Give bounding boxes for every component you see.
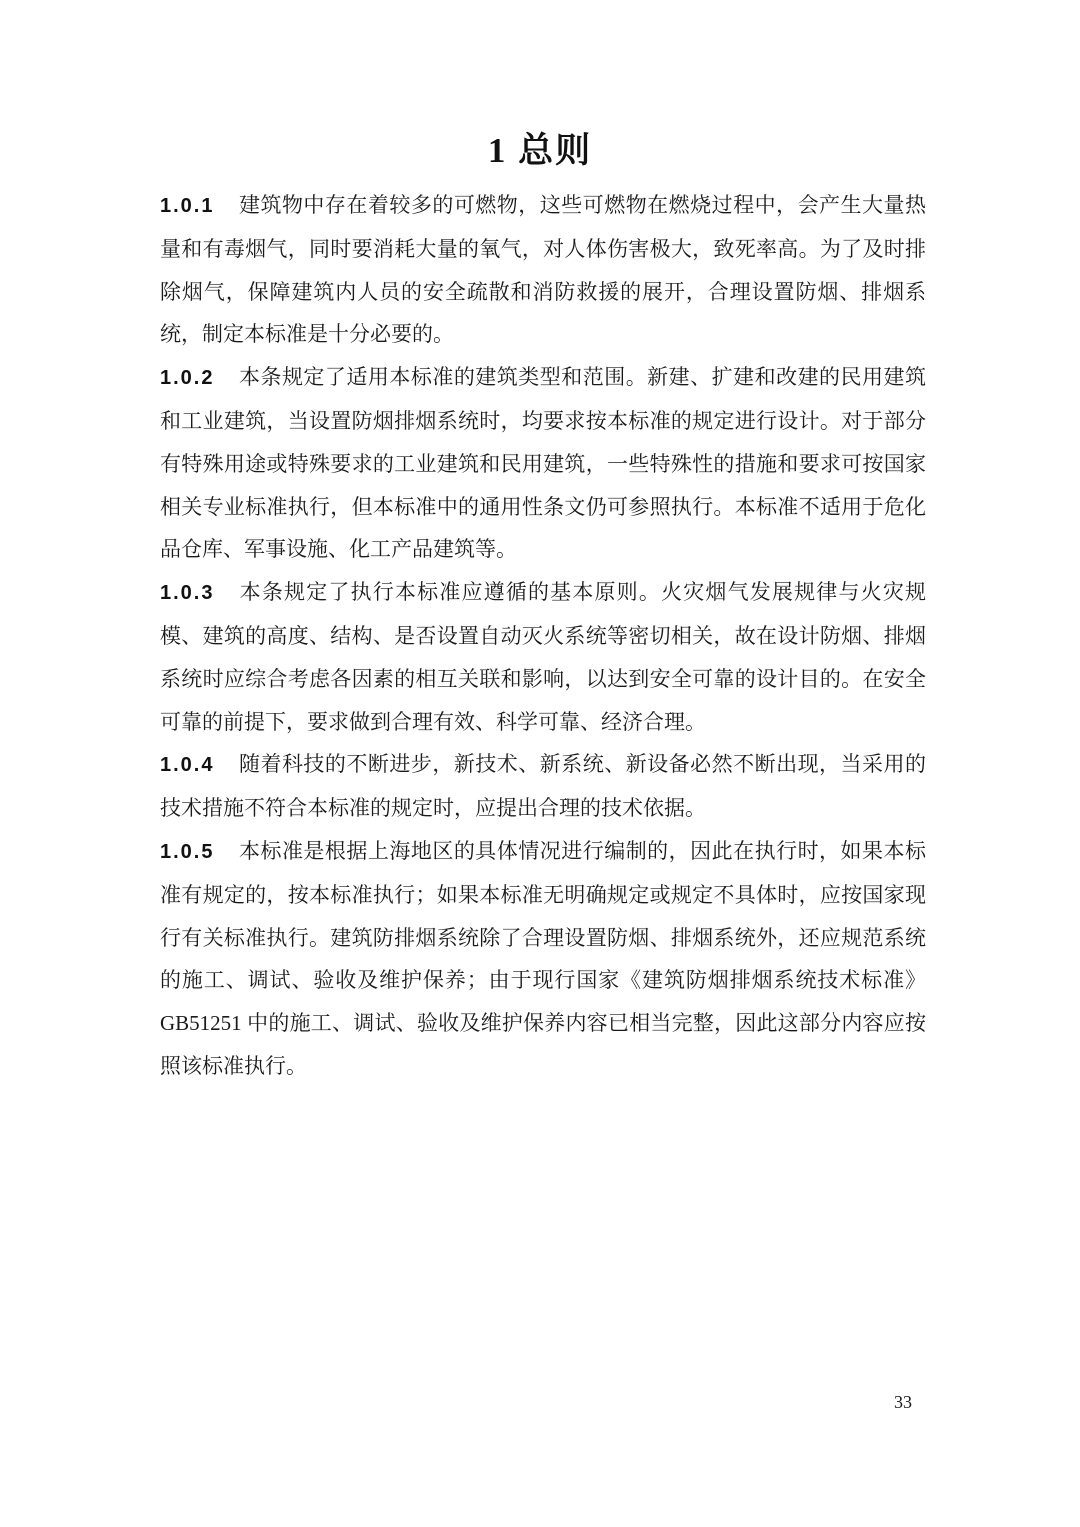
clause-text: 随着科技的不断进步，新技术、新系统、新设备必然不断出现，当采用的技术措施不符合本…: [160, 752, 926, 820]
page-title: 1 总则: [0, 0, 1080, 172]
clause-1-0-2: 1.0.2本条规定了适用本标准的建筑类型和范围。新建、扩建和改建的民用建筑和工业…: [160, 356, 926, 571]
clause-number: 1.0.4: [160, 754, 214, 776]
document-page: 1 总则 1.0.1建筑物中存在着较多的可燃物，这些可燃物在燃烧过程中，会产生大…: [0, 0, 1080, 1527]
clause-number: 1.0.1: [160, 195, 214, 217]
clause-1-0-1: 1.0.1建筑物中存在着较多的可燃物，这些可燃物在燃烧过程中，会产生大量热量和有…: [160, 184, 926, 356]
clause-text: 本条规定了执行本标准应遵循的基本原则。火灾烟气发展规律与火灾规模、建筑的高度、结…: [160, 580, 926, 733]
clause-number: 1.0.5: [160, 841, 214, 863]
clause-1-0-4: 1.0.4随着科技的不断进步，新技术、新系统、新设备必然不断出现，当采用的技术措…: [160, 743, 926, 830]
clause-text: 建筑物中存在着较多的可燃物，这些可燃物在燃烧过程中，会产生大量热量和有毒烟气，同…: [160, 193, 926, 346]
clause-1-0-3: 1.0.3本条规定了执行本标准应遵循的基本原则。火灾烟气发展规律与火灾规模、建筑…: [160, 571, 926, 743]
document-body: 1.0.1建筑物中存在着较多的可燃物，这些可燃物在燃烧过程中，会产生大量热量和有…: [160, 184, 926, 1088]
clause-number: 1.0.3: [160, 582, 214, 604]
clause-text: 本标准是根据上海地区的具体情况进行编制的，因此在执行时，如果本标准有规定的，按本…: [160, 839, 926, 1078]
clause-number: 1.0.2: [160, 367, 214, 389]
clause-text: 本条规定了适用本标准的建筑类型和范围。新建、扩建和改建的民用建筑和工业建筑，当设…: [160, 365, 926, 561]
page-number: 33: [894, 1392, 912, 1413]
clause-1-0-5: 1.0.5本标准是根据上海地区的具体情况进行编制的，因此在执行时，如果本标准有规…: [160, 830, 926, 1088]
